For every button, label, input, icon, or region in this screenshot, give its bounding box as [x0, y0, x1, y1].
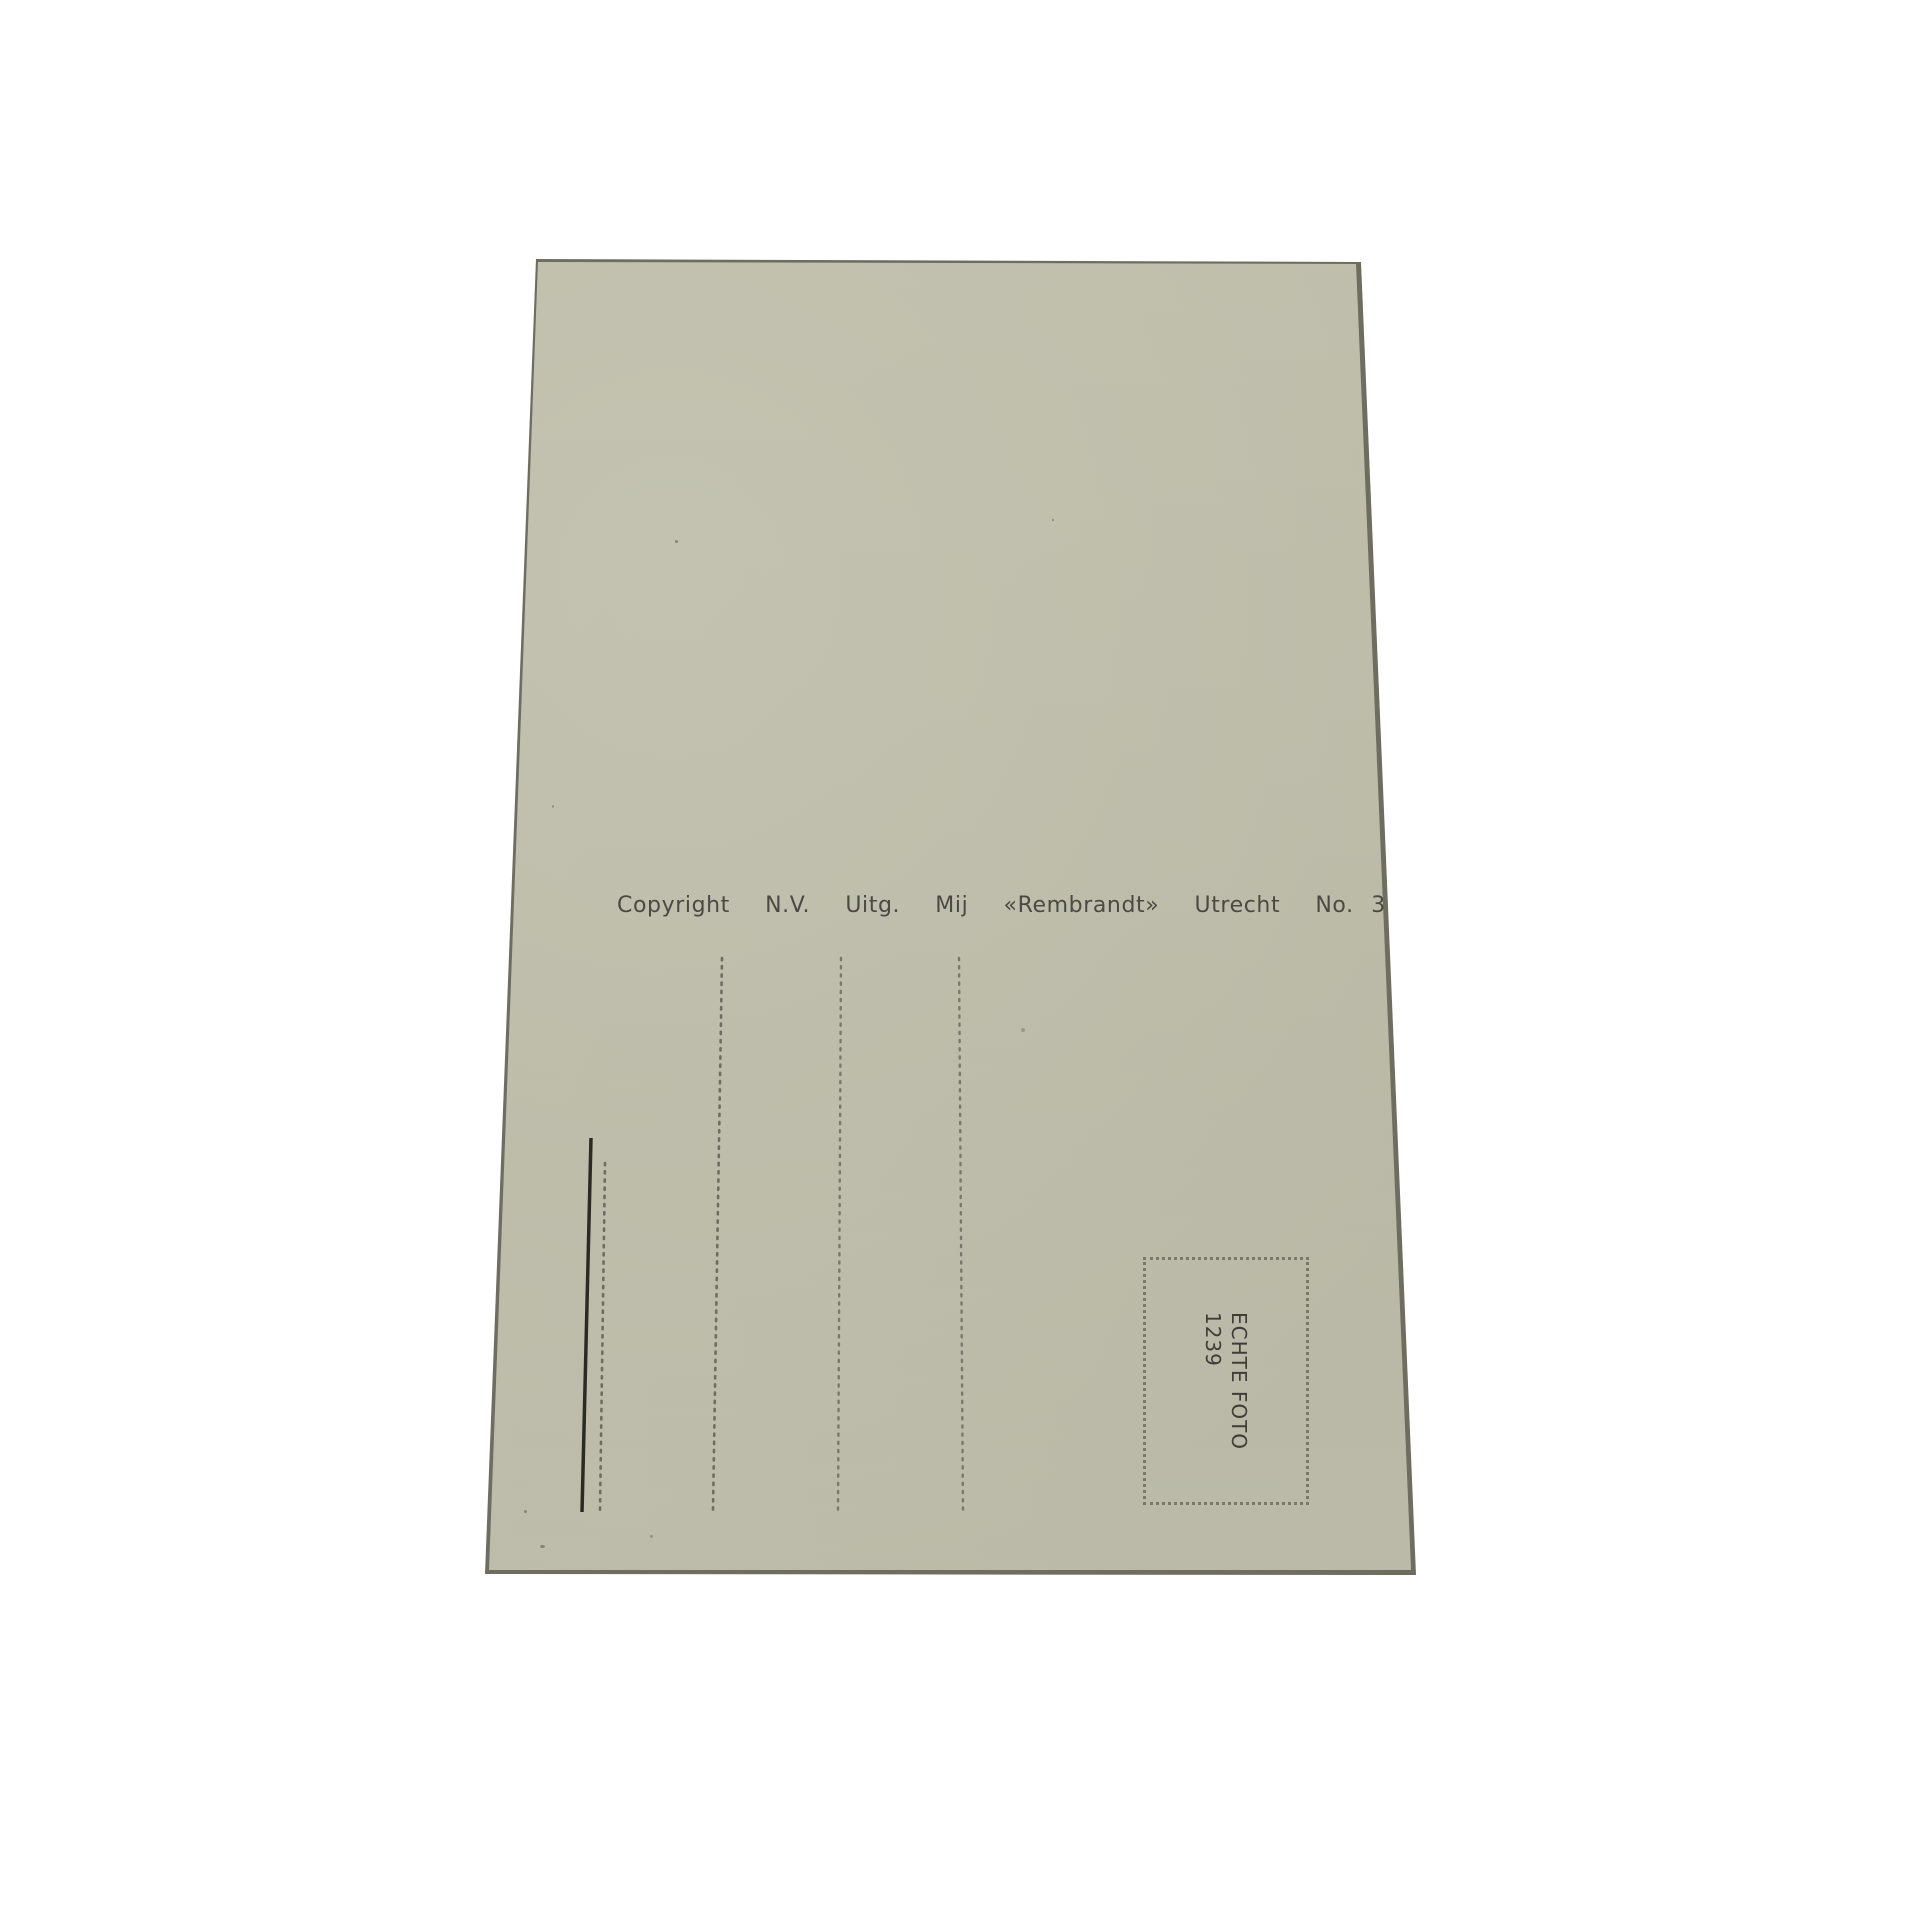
photo-scene: Copyright N.V. Uitg. Mij «Rembrandt» Utr…: [0, 0, 1920, 1920]
card-speck: [1052, 519, 1054, 521]
card-speck: [1021, 1028, 1025, 1032]
postcard-back: [0, 0, 1920, 1920]
card-speck: [552, 805, 554, 808]
stamp-number: 1239: [1200, 1312, 1226, 1450]
copyright-line: Copyright N.V. Uitg. Mij «Rembrandt» Utr…: [617, 893, 1386, 918]
stamp-box: ECHTE FOTO 1239: [1143, 1257, 1309, 1505]
card-speck: [524, 1510, 527, 1513]
stamp-box-text: ECHTE FOTO 1239: [1200, 1312, 1252, 1450]
card-speck: [650, 1535, 653, 1538]
stamp-label: ECHTE FOTO: [1226, 1312, 1252, 1450]
card-speck: [540, 1545, 545, 1548]
card-speck: [675, 540, 678, 543]
